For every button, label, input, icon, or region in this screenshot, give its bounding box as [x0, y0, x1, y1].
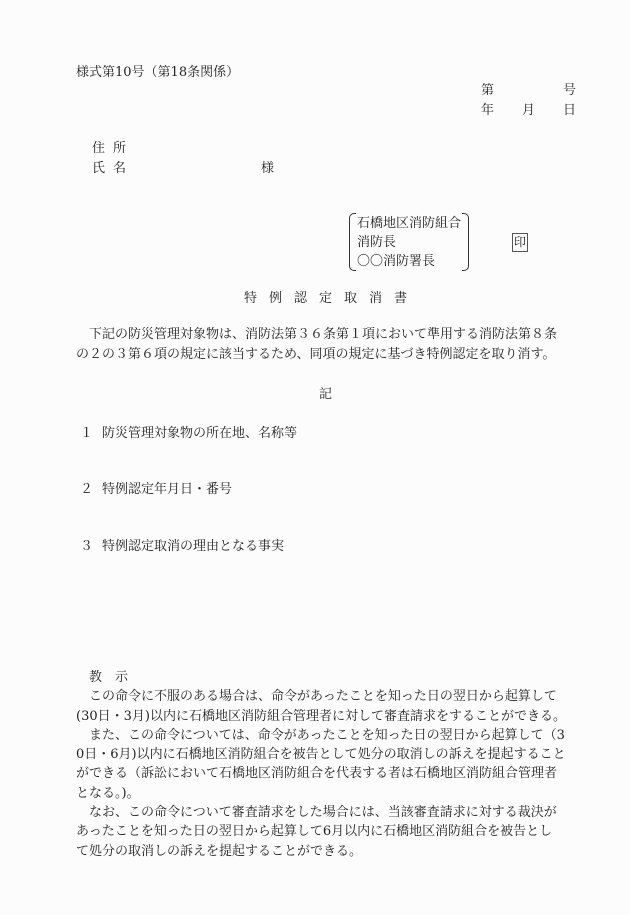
item-number: ２: [80, 483, 102, 496]
ki-heading: 記: [319, 388, 332, 401]
list-item: １防災管理対象物の所在地、名称等: [80, 427, 297, 440]
list-item: ３特例認定取消の理由となる事実: [80, 540, 284, 553]
notice-line: この命令に不服のある場合は、命令があったことを知った日の翌日から起算して: [76, 687, 630, 706]
doc-number-prefix: 第: [481, 84, 494, 97]
issuer-block: 石橋地区消防組合 消防長 〇〇消防署長: [349, 213, 469, 271]
notice-line: なお、この命令について審査請求をした場合には、当該審査請求に対する裁決が: [76, 803, 630, 822]
item-number: ３: [80, 540, 102, 553]
bracket-left: [349, 213, 356, 271]
item-label: 特例認定取消の理由となる事実: [102, 539, 284, 554]
bracket-right: [462, 213, 469, 271]
notice-heading: 教 示: [76, 668, 630, 687]
issuer-station-chief: 〇〇消防署長: [357, 255, 435, 268]
issuer-chief: 消防長: [357, 236, 396, 249]
document-title: 特例認定取消書: [244, 292, 419, 305]
item-label: 特例認定年月日・番号: [102, 482, 232, 497]
date-day: 日: [563, 104, 576, 117]
notice-line: あったことを知った日の翌日から起算して6月以内に石橋地区消防組合を被告とし: [76, 822, 630, 841]
address-label: 住所: [92, 142, 134, 155]
honorific: 様: [261, 162, 274, 175]
item-number: １: [80, 427, 102, 440]
item-label: 防災管理対象物の所在地、名称等: [102, 426, 297, 441]
body-line: 下記の防災管理対象物は、消防法第３６条第１項において準用する消防法第８条: [76, 325, 630, 345]
notice-line: て処分の取消しの訴えを提起することができる。: [76, 842, 630, 861]
notice-line: また、この命令については、命令があったことを知った日の翌日から起算して（3: [76, 726, 630, 745]
appeal-notice: 教 示 この命令に不服のある場合は、命令があったことを知った日の翌日から起算して…: [76, 668, 630, 861]
name-label: 氏名: [92, 162, 134, 175]
notice-line: 0日・6月)以内に石橋地区消防組合を被告として処分の取消しの訴えを提起すること: [76, 745, 630, 764]
doc-number-suffix: 号: [563, 84, 576, 97]
seal-icon: 印: [512, 233, 528, 252]
body-line: の２の３第６項の規定に該当するため、同項の規定に基づき特例認定を取り消す。: [76, 345, 630, 365]
notice-line: ができる（訴訟において石橋地区消防組合を代表する者は石橋地区消防組合管理者: [76, 764, 630, 783]
form-number: 様式第10号（第18条関係）: [76, 66, 239, 79]
notice-line: となる。)。: [76, 784, 630, 803]
body-paragraph: 下記の防災管理対象物は、消防法第３６条第１項において準用する消防法第８条 の２の…: [76, 325, 630, 365]
issuer-org: 石橋地区消防組合: [357, 217, 461, 230]
date-year: 年: [481, 104, 494, 117]
date-month: 月: [522, 104, 535, 117]
list-item: ２特例認定年月日・番号: [80, 483, 232, 496]
notice-line: (30日・3月)以内に石橋地区消防組合管理者に対して審査請求をすることができる。: [76, 707, 630, 726]
